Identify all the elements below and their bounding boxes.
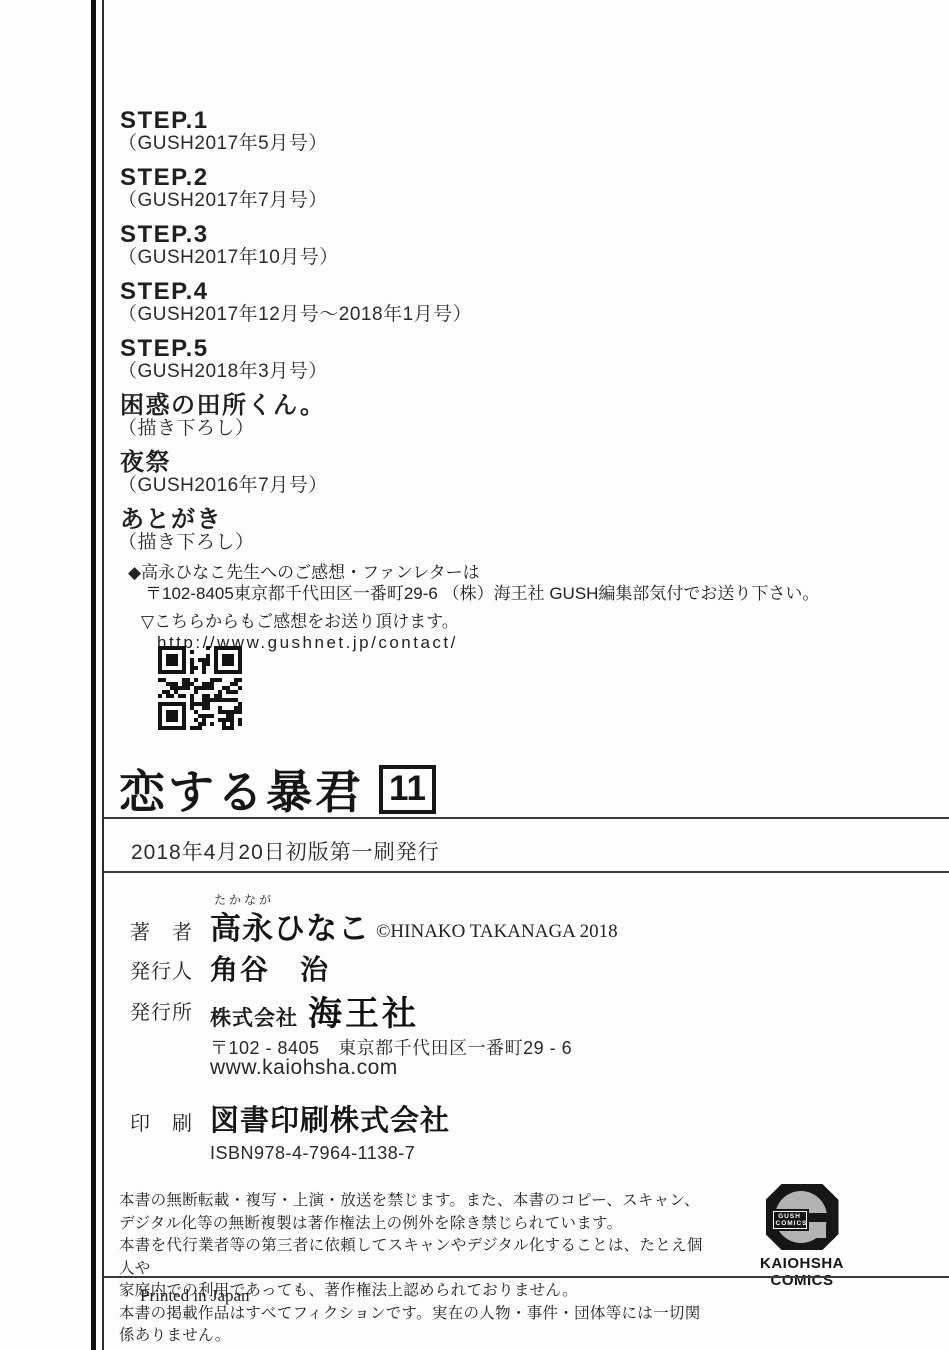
chapter-title: 困惑の田所くん。 [120,393,472,419]
publishing-house-row: 株式会社 海王社 [210,986,419,1035]
chapter-title: 夜祭 [120,450,472,476]
chapter-title: STEP.4 [120,279,472,305]
toc-item: STEP.3 （GUSH2017年10月号） [118,222,472,268]
company-name: 海王社 [308,986,419,1035]
chapter-source: （GUSH2017年5月号） [118,134,472,154]
toc-item: あとがき （描き下ろし） [118,507,472,553]
logo-label-box: GUSH COMICS [771,1209,809,1231]
chapter-title: STEP.1 [120,108,472,134]
fan-letter-address: 〒102-8405東京都千代田区一番町29-6 （株）海王社 GUSH編集部気付… [145,583,819,604]
edition-date: 2018年4月20日初版第一刷発行 [131,836,440,866]
publishing-house-label: 発行所 [130,996,193,1025]
toc-item: STEP.5 （GUSH2018年3月号） [118,336,472,382]
chapter-title: STEP.5 [120,336,472,362]
toc-item: STEP.4 （GUSH2017年12月号〜2018年1月号） [118,279,472,325]
qr-code [158,646,242,730]
chapter-source: （GUSH2018年3月号） [118,362,472,382]
chapter-source: （GUSH2017年10月号） [118,248,472,268]
toc-item: STEP.1 （GUSH2017年5月号） [118,108,472,154]
chapter-source: （GUSH2017年12月号〜2018年1月号） [118,305,472,325]
gush-comics-badge-icon: GUSH COMICS [766,1184,839,1250]
volume-badge: 11 [379,765,436,814]
toc-item: 困惑の田所くん。 （描き下ろし） [118,393,472,439]
copyright-notice: ©HINAKO TAKANAGA 2018 [376,921,618,943]
legal-line: 本書の無断転載・複写・上演・放送を禁じます。また、本書のコピー、スキャン、 [119,1190,704,1213]
feedback-note: ▽こちらからもご感想をお送り頂けます。 [141,611,819,632]
printer-name: 図書印刷株式会社 [210,1098,450,1139]
toc-item: STEP.2 （GUSH2017年7月号） [118,165,472,211]
fan-letter-line1: ◆高永ひなこ先生へのご感想・ファンレターは [128,562,819,583]
kaiohsha-comics-label: KAIOHSHA COMICS [727,1255,877,1289]
publisher-website: www.kaiohsha.com [210,1056,398,1080]
page-spine-line-thin [102,0,104,1350]
company-prefix: 株式会社 [210,1002,298,1032]
logo-label-line1: GUSH [776,1213,804,1220]
legal-line: 本書を代行業者等の第三者に依頼してスキャンやデジタル化することは、たとえ個人や [119,1235,704,1280]
chapter-title: STEP.3 [120,222,472,248]
book-title: 恋する暴君 [119,756,364,822]
title-row: 恋する暴君 11 [119,756,436,822]
toc-item: 夜祭 （GUSH2016年7月号） [118,450,472,496]
chapter-title: あとがき [120,507,472,533]
chapter-source: （GUSH2017年7月号） [118,191,472,211]
divider-top [103,817,949,819]
chapter-source: （GUSH2016年7月号） [118,476,472,496]
logo-label-line2: COMICS [776,1220,804,1227]
chapter-list: STEP.1 （GUSH2017年5月号） STEP.2 （GUSH2017年7… [118,108,472,564]
colophon-page: STEP.1 （GUSH2017年5月号） STEP.2 （GUSH2017年7… [0,0,949,1350]
chapter-title: STEP.2 [120,165,472,191]
publisher-name: 角谷 治 [210,948,330,988]
gush-comics-logo: GUSH COMICS KAIOHSHA COMICS [727,1184,877,1289]
author-name: 高永ひなこ [210,903,370,948]
author-label: 著 者 [130,916,193,945]
legal-notice: 本書の無断転載・複写・上演・放送を禁じます。また、本書のコピー、スキャン、 デジ… [119,1190,704,1348]
legal-line: 本書の掲載作品はすべてフィクションです。実在の人物・事件・団体等には一切関係あり… [119,1303,704,1348]
printed-in-japan: Printed in Japan [140,1286,250,1306]
isbn: ISBN978-4-7964-1138-7 [210,1143,415,1164]
chapter-source: （描き下ろし） [118,533,472,553]
logo-g-stem [816,1222,826,1238]
chapter-source: （描き下ろし） [118,419,472,439]
divider-bottom [103,1276,949,1278]
fan-letter-note: ◆高永ひなこ先生へのご感想・ファンレターは 〒102-8405東京都千代田区一番… [128,562,819,653]
publisher-label: 発行人 [130,955,193,984]
page-spine-line-thick [91,0,96,1350]
feedback-url: http://www.gushnet.jp/contact/ [157,632,819,653]
divider-middle [103,871,949,873]
legal-line: デジタル化等の無断複製は著作権法上の例外を除き禁じられています。 [119,1213,704,1236]
printer-label: 印 刷 [130,1107,193,1136]
